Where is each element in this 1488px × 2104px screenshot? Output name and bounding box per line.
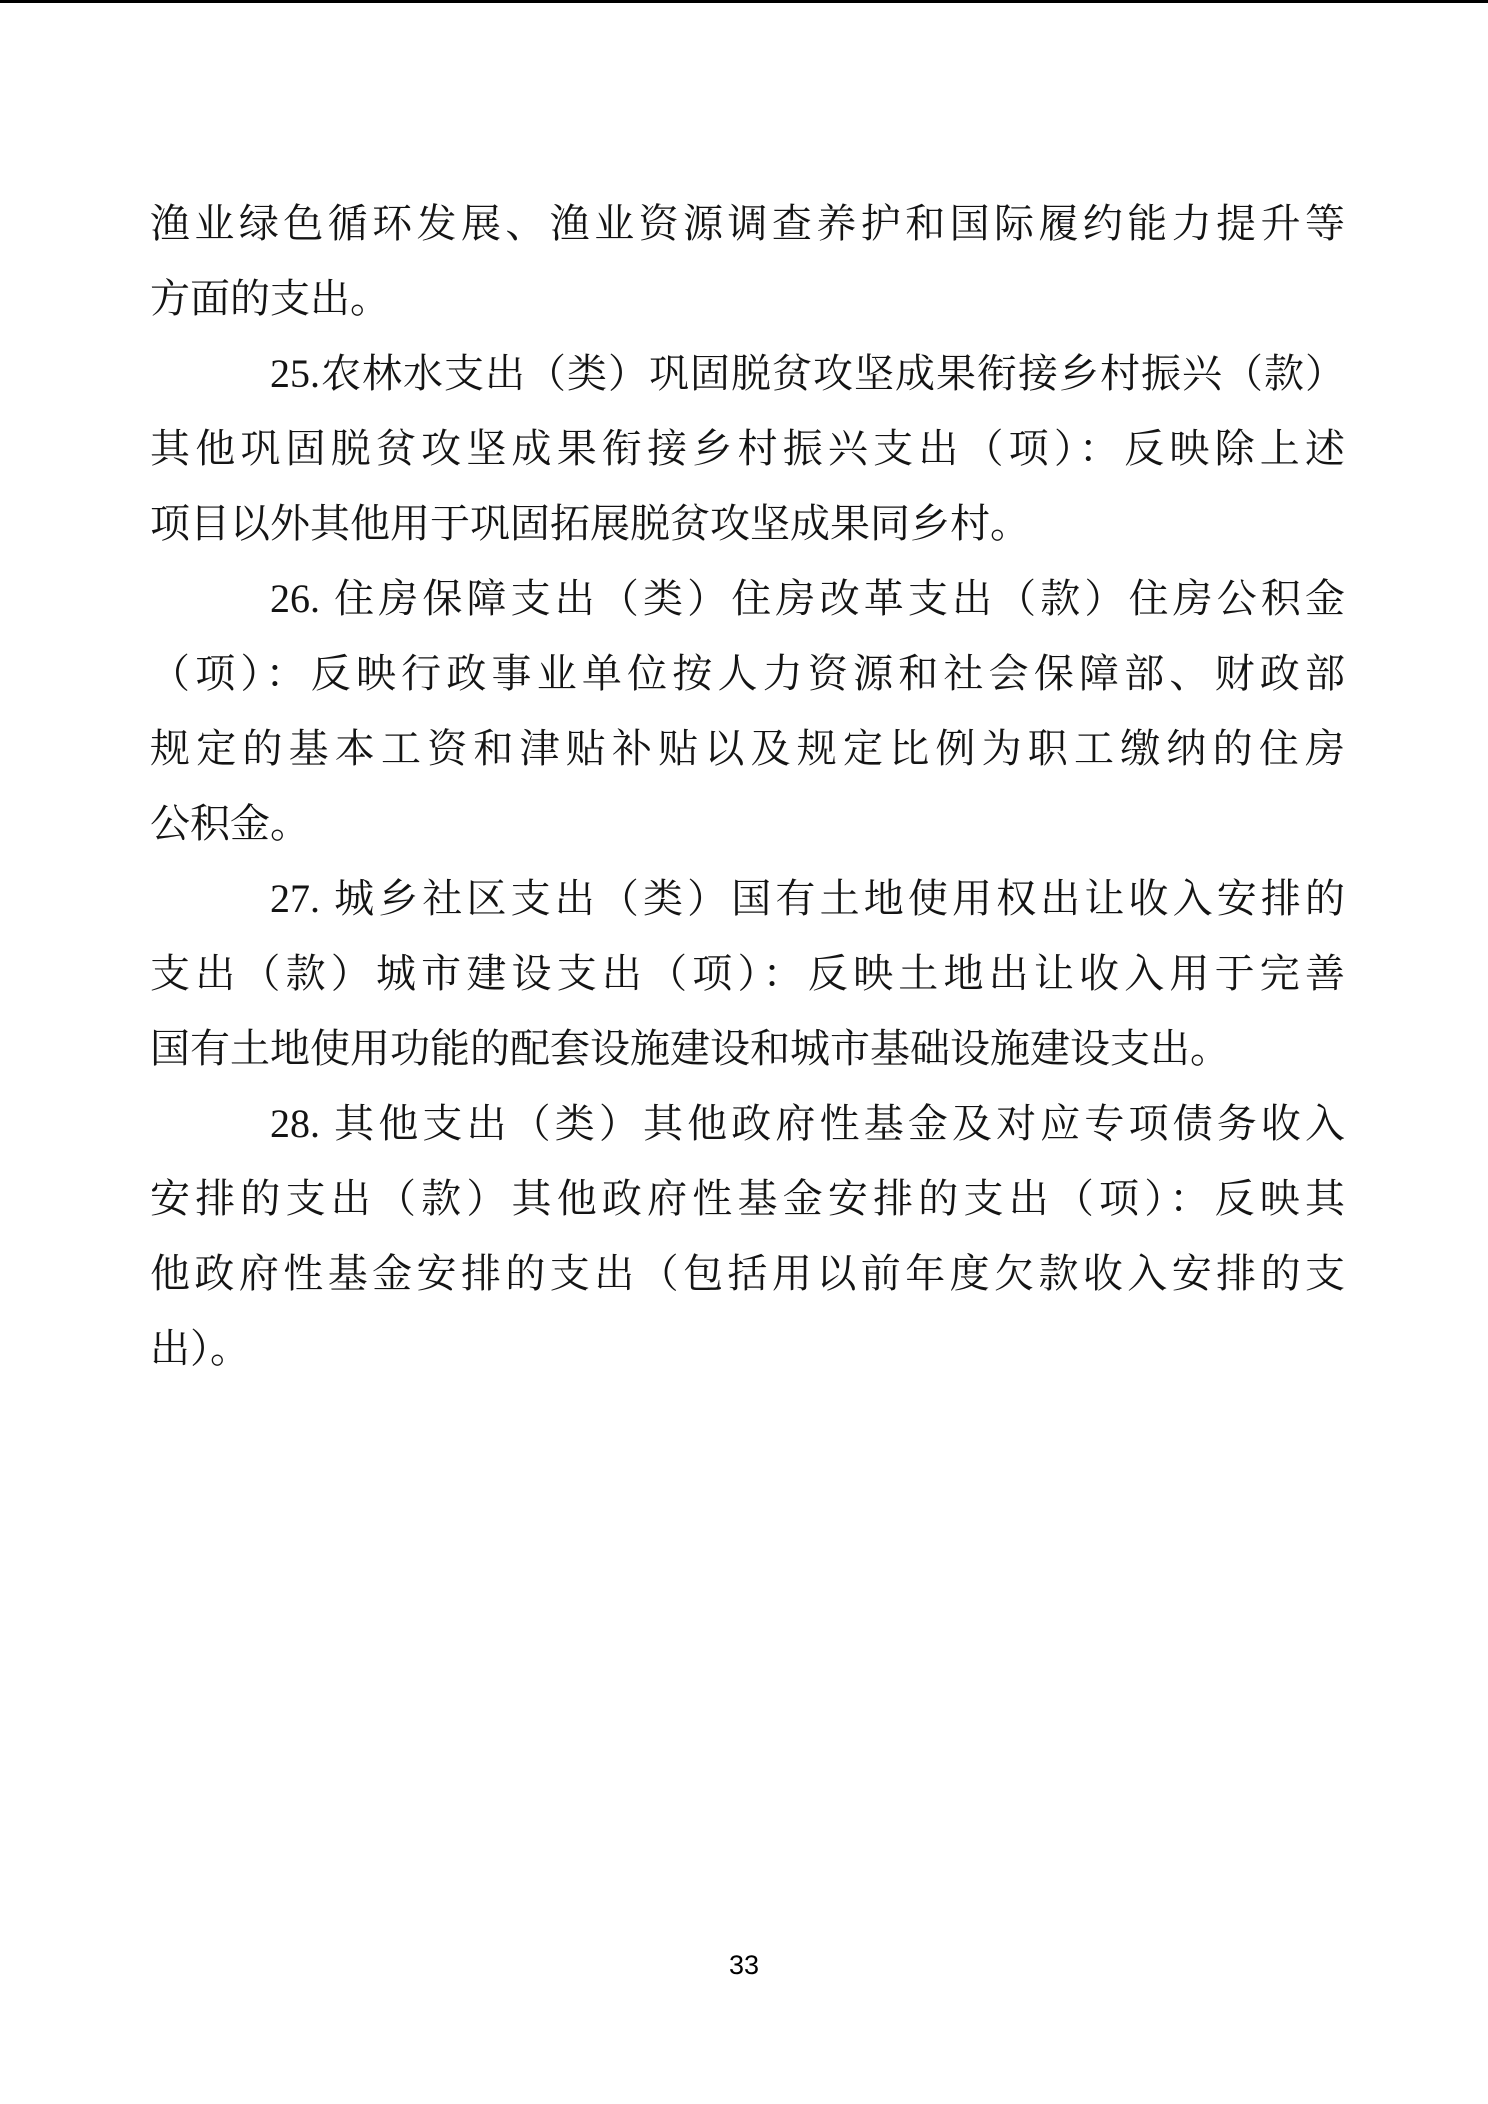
text-line: （项）：反映行政事业单位按人力资源和社会保障部、财政部 xyxy=(150,636,1345,711)
text-line: 国有土地使用功能的配套设施建设和城市基础设施建设支出。 xyxy=(150,1011,1345,1086)
document-body: 渔业绿色循环发展、渔业资源调查养护和国际履约能力提升等方面的支出。25.农林水支… xyxy=(150,186,1345,1386)
page-number: 33 xyxy=(0,1948,1488,1982)
text-line: 25.农林水支出（类）巩固脱贫攻坚成果衔接乡村振兴（款） xyxy=(150,336,1345,411)
text-line: 规定的基本工资和津贴补贴以及规定比例为职工缴纳的住房 xyxy=(150,711,1345,786)
text-line: 27. 城乡社区支出（类）国有土地使用权出让收入安排的 xyxy=(150,861,1345,936)
text-line: 支出（款）城市建设支出（项）：反映土地出让收入用于完善 xyxy=(150,936,1345,1011)
text-line: 出）。 xyxy=(150,1311,1345,1386)
text-line: 安排的支出（款）其他政府性基金安排的支出（项）：反映其 xyxy=(150,1161,1345,1236)
text-line: 26. 住房保障支出（类）住房改革支出（款）住房公积金 xyxy=(150,561,1345,636)
text-line: 28. 其他支出（类）其他政府性基金及对应专项债务收入 xyxy=(150,1086,1345,1161)
text-line: 项目以外其他用于巩固拓展脱贫攻坚成果同乡村。 xyxy=(150,486,1345,561)
scan-edge-artifact xyxy=(0,0,1488,3)
text-line: 渔业绿色循环发展、渔业资源调查养护和国际履约能力提升等 xyxy=(150,186,1345,261)
text-line: 方面的支出。 xyxy=(150,261,1345,336)
text-line: 他政府性基金安排的支出（包括用以前年度欠款收入安排的支 xyxy=(150,1236,1345,1311)
text-line: 其他巩固脱贫攻坚成果衔接乡村振兴支出（项）：反映除上述 xyxy=(150,411,1345,486)
document-page: 渔业绿色循环发展、渔业资源调查养护和国际履约能力提升等方面的支出。25.农林水支… xyxy=(0,0,1488,2104)
text-line: 公积金。 xyxy=(150,786,1345,861)
